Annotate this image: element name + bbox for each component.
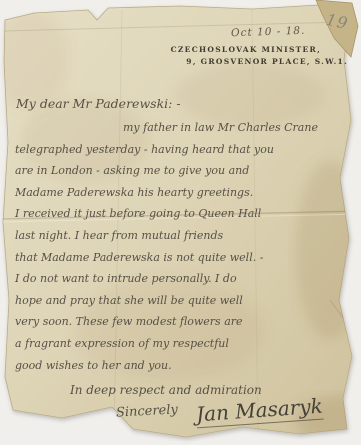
letter-line: are in London - asking me to give you an… <box>15 160 355 182</box>
letter-line: last night. I hear from mutual friends <box>15 225 355 247</box>
letter-line: my father in law Mr Charles Crane <box>123 117 355 139</box>
letter-line: hope and pray that she will be quite wel… <box>15 290 355 312</box>
letterhead-title: CZECHOSLOVAK MINISTER, <box>171 45 321 54</box>
letter-line: very soon. These few modest flowers are <box>15 311 355 333</box>
closing-line: In deep respect and admiration <box>70 383 262 397</box>
salutation: My dear Mr Paderewski: - <box>16 96 181 111</box>
letter-body: my father in law Mr Charles Crane telegr… <box>15 117 355 376</box>
letterhead-address: 9, GROSVENOR PLACE, S.W.1. <box>186 57 348 66</box>
letter-line: a fragrant expression of my respectful <box>15 333 355 355</box>
letter-line: telegraphed yesterday - having heard tha… <box>15 139 355 161</box>
letter-line: Madame Paderewska his hearty greetings. <box>15 182 355 204</box>
letter-photo: 19 Oct 10 - 18. CZECHOSLOVAK MINISTER, 9… <box>0 0 361 445</box>
letter-line: I do not want to intrude personally. I d… <box>15 268 355 290</box>
letter-line: that Madame Paderewska is not quite well… <box>15 247 355 269</box>
letter-line: good wishes to her and you. <box>15 355 355 377</box>
letter-line: I received it just before going to Queen… <box>15 203 355 225</box>
